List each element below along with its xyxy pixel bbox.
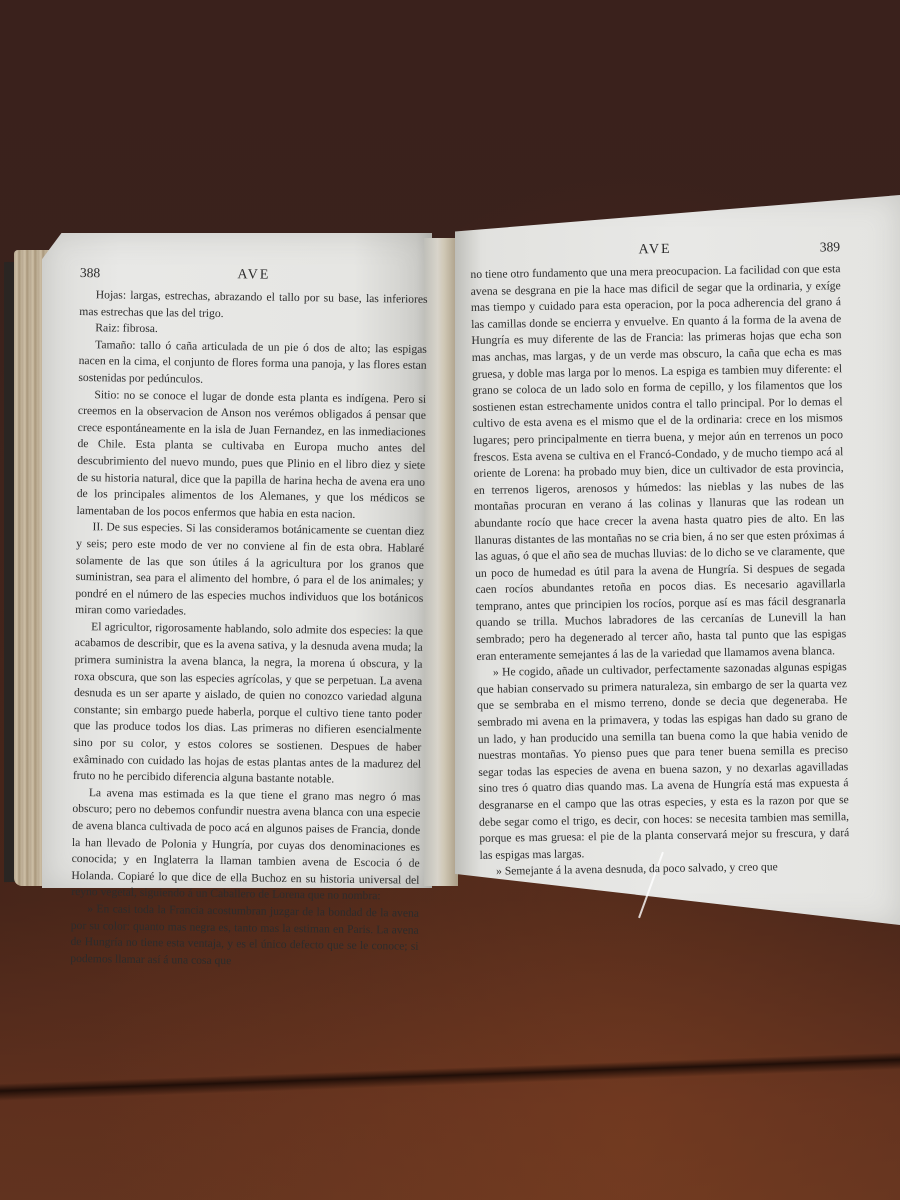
paragraph: La avena mas estimada es la que tiene el… bbox=[71, 785, 421, 906]
paragraph: Tamaño: tallo ó caña articulada de un pi… bbox=[78, 337, 427, 392]
paragraph: Sitio: no se conoce el lugar de donde es… bbox=[76, 387, 426, 525]
running-head: AVE bbox=[80, 265, 428, 286]
left-page-text: 388 AVE Hojas: largas, estrechas, abraza… bbox=[70, 265, 428, 972]
paragraph: » He cogido, añade un cultivador, perfec… bbox=[477, 659, 850, 864]
paragraph: » En casi toda la Francia acostumbran ju… bbox=[70, 901, 419, 972]
book-gutter bbox=[424, 238, 458, 886]
paragraph: II. De sus especies. Si las consideramos… bbox=[75, 519, 424, 623]
paragraph: Hojas: largas, estrechas, abrazando el t… bbox=[79, 287, 427, 325]
page-number: 389 bbox=[820, 239, 841, 256]
right-page-text: AVE 389 no tiene otro fundamento que una… bbox=[470, 239, 850, 881]
paragraph: El agricultor, rigorosamente hablando, s… bbox=[73, 619, 423, 790]
left-page-header: 388 AVE bbox=[80, 265, 428, 288]
paragraph: no tiene otro fundamento que una mera pr… bbox=[470, 261, 846, 665]
